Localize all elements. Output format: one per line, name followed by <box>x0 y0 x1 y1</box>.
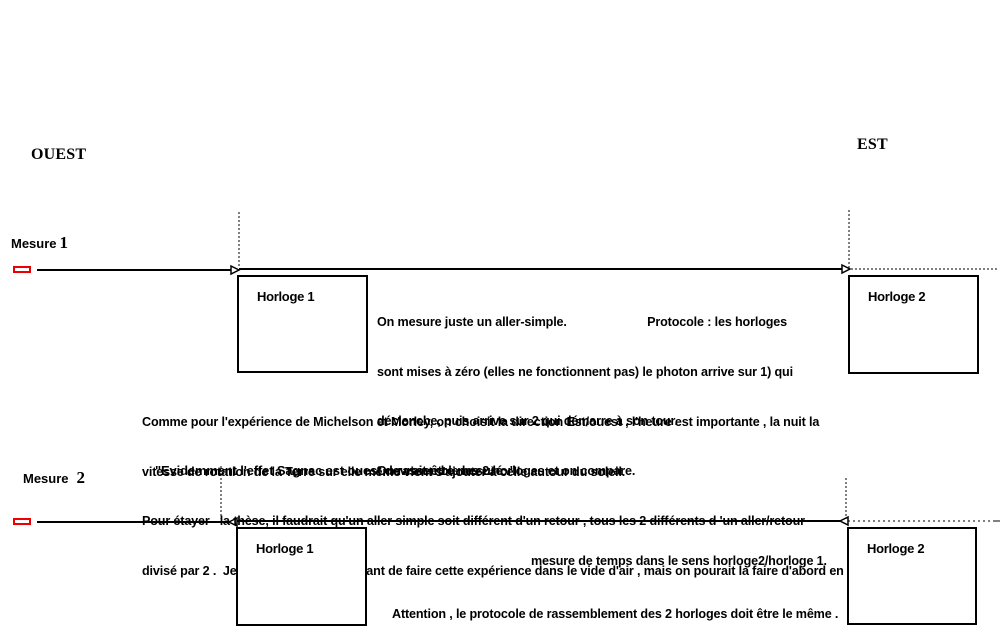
clock-1-label: Horloge 1 <box>257 289 314 304</box>
description-line: On mesure juste un aller-simple. Protoco… <box>377 314 793 331</box>
west-label: OUEST <box>31 146 86 164</box>
sagnac-quote: "Evidemment l'effet Sagnac est ouest dev… <box>155 463 516 480</box>
clock-2-box-mesure-2: Horloge 2 <box>847 527 977 625</box>
clock-1-box-mesure-1: Horloge 1 <box>237 275 368 373</box>
clock-1-box-mesure-2: Horloge 1 <box>236 527 367 626</box>
mesure-2-description: mesure de temps dans le sens horloge2/ho… <box>531 553 827 570</box>
clock-1-label: Horloge 1 <box>256 541 313 556</box>
mesure-2-warning: Attention , le protocole de rassemblemen… <box>392 606 838 623</box>
source-marker-2 <box>13 518 31 525</box>
description-line: sont mises à zéro (elles ne fonctionnent… <box>377 364 793 381</box>
clock-2-label: Horloge 2 <box>868 289 925 304</box>
east-label: EST <box>857 136 888 154</box>
commentary-line: Comme pour l'expérience de Michelson et … <box>142 414 937 431</box>
beam-mesure-1 <box>37 210 997 274</box>
mesure-1-label: Mesure1 <box>11 233 68 253</box>
mesure-1-text: Mesure <box>11 236 57 251</box>
source-marker-1 <box>13 266 31 273</box>
clock-2-box-mesure-1: Horloge 2 <box>848 275 979 374</box>
mesure-2-label: Mesure2 <box>23 468 85 488</box>
mesure-2-number: 2 <box>77 468 86 487</box>
mesure-1-number: 1 <box>60 233 69 252</box>
clock-2-label: Horloge 2 <box>867 541 924 556</box>
mesure-2-text: Mesure <box>23 471 69 486</box>
